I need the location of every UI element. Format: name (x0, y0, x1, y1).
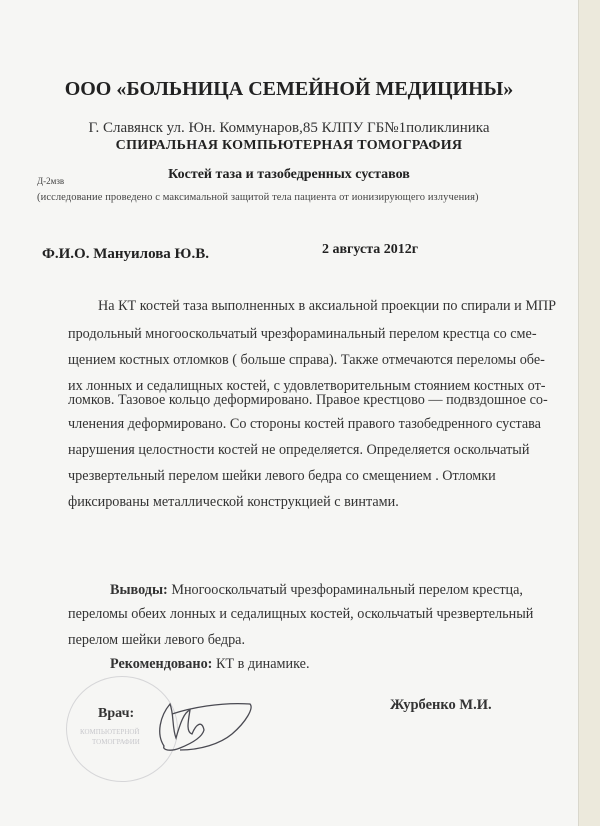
findings-line: чрезвертельный перелом шейки левого бедр… (68, 468, 496, 485)
findings-line: На КТ костей таза выполненных в аксиальн… (98, 298, 556, 315)
conclusion-line: Выводы: Многооскольчатый чрезфораминальн… (110, 582, 523, 599)
clinic-title: ООО «БОЛЬНИЦА СЕМЕЙНОЙ МЕДИЦИНЫ» (0, 78, 578, 101)
document-page: ООО «БОЛЬНИЦА СЕМЕЙНОЙ МЕДИЦИНЫ» Г. Слав… (0, 0, 579, 826)
recommendation-label: Рекомендовано: (110, 656, 212, 672)
conclusion-line: переломы обеих лонных и седалищных косте… (68, 606, 533, 623)
findings-line: щением костных отломков ( больше справа)… (68, 352, 545, 369)
doctor-name: Журбенко М.И. (390, 697, 492, 714)
conclusion-label: Выводы: (110, 582, 168, 598)
exam-date: 2 августа 2012г (322, 242, 418, 258)
signature-icon (150, 694, 260, 754)
clinic-address: Г. Славянск ул. Юн. Коммунаров,85 КЛПУ Г… (0, 120, 578, 137)
recommendation-text: КТ в динамике. (212, 656, 309, 672)
findings-line: нарушения целостности костей не определя… (68, 442, 529, 459)
patient-name: Ф.И.О. Мануилова Ю.В. (42, 246, 209, 263)
findings-line: ломков. Тазовое кольцо деформировано. Пр… (68, 392, 548, 409)
department-title: СПИРАЛЬНАЯ КОМПЬЮТЕРНАЯ ТОМОГРАФИЯ (0, 138, 578, 154)
findings-line: фиксированы металлической конструкцией с… (68, 494, 399, 511)
conclusion-text: Многооскольчатый чрезфораминальный перел… (168, 582, 523, 598)
doctor-label: Врач: (98, 706, 134, 722)
exam-subject: Костей таза и тазобедренных суставов (0, 167, 578, 183)
stamp-text: ТОМОГРАФИИ (92, 738, 140, 746)
recommendation-line: Рекомендовано: КТ в динамике. (110, 656, 310, 673)
findings-line: членения деформировано. Со стороны косте… (68, 416, 541, 433)
conclusion-line: перелом шейки левого бедра. (68, 632, 245, 649)
stamp-text: КОМПЬЮТЕРНОЙ (80, 728, 139, 736)
findings-line: продольный многооскольчатый чрезфорамина… (68, 326, 537, 343)
protection-note: (исследование проведено с максимальной з… (37, 192, 479, 203)
